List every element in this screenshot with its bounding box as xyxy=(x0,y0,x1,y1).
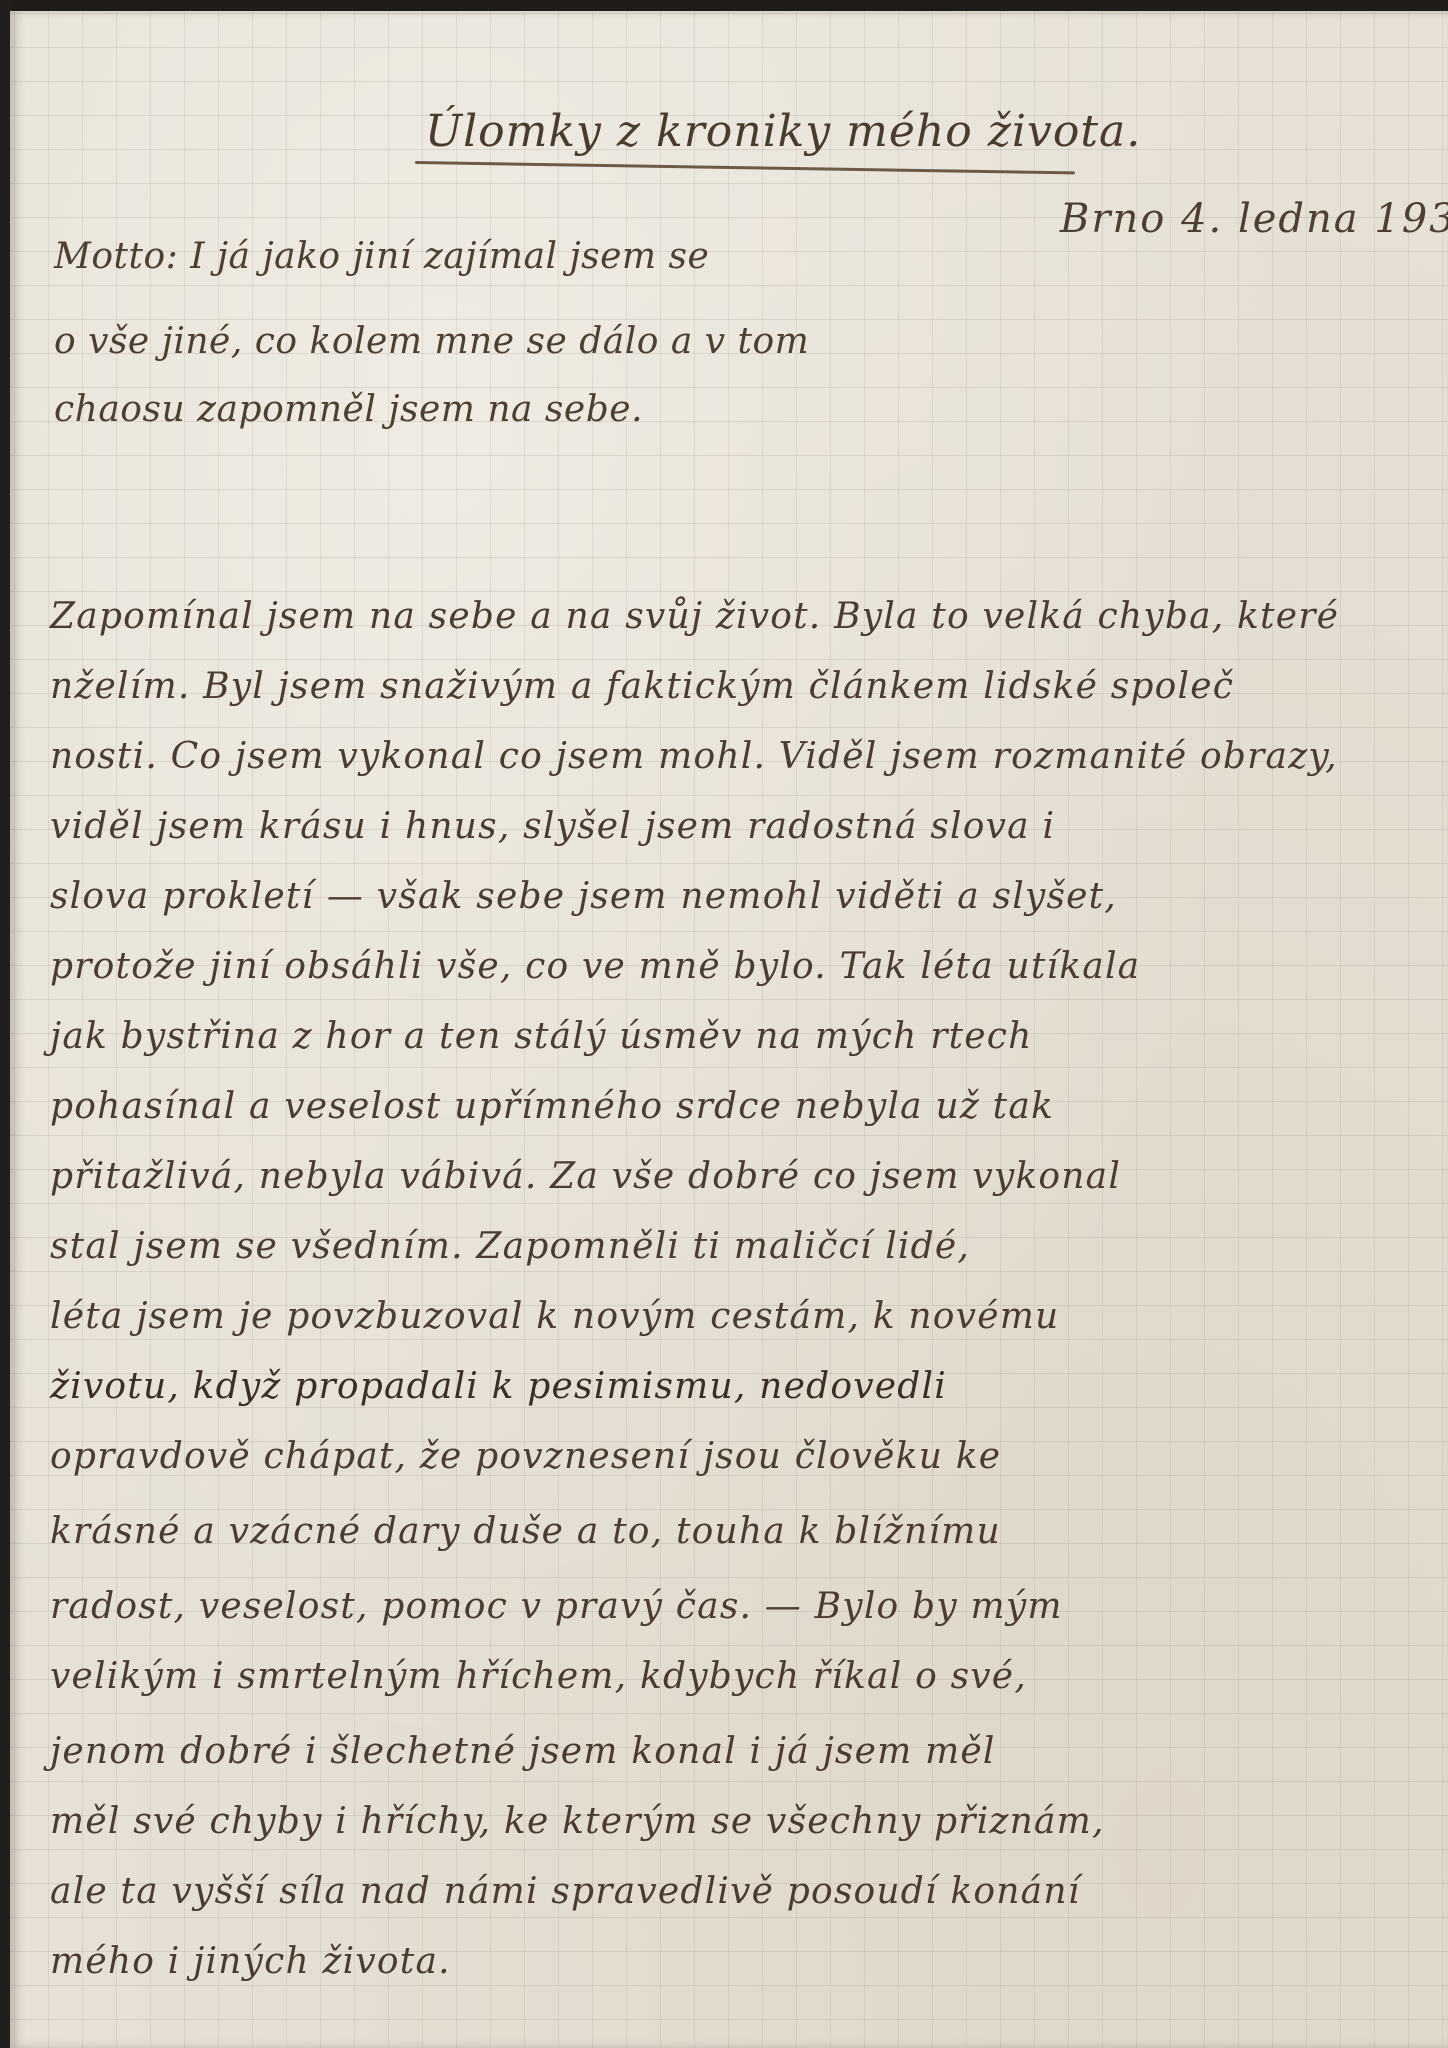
body-line: krásné a vzácné dary duše a to, touha k … xyxy=(50,1511,1001,1552)
body-line: protože jiní obsáhli vše, co ve mně bylo… xyxy=(50,946,1140,987)
body-line: měl své chyby i hříchy, ke kterým se vše… xyxy=(50,1801,1105,1842)
body-line: stal jsem se všedním. Zapomněli ti malič… xyxy=(50,1226,970,1267)
body-line: nželím. Byl jsem snaživým a faktickým čl… xyxy=(50,666,1234,707)
manuscript-page: Úlomky z kroniky mého života. Brno 4. le… xyxy=(10,11,1448,2048)
body-line: Zapomínal jsem na sebe a na svůj život. … xyxy=(50,596,1339,637)
body-line: přitažlivá, nebyla vábivá. Za vše dobré … xyxy=(50,1156,1121,1197)
body-line: jenom dobré i šlechetné jsem konal i já … xyxy=(50,1731,996,1772)
body-line: ale ta vyšší síla nad námi spravedlivě p… xyxy=(50,1871,1080,1912)
body-line: léta jsem je povzbuzoval k novým cestám,… xyxy=(50,1296,1059,1337)
title-underline xyxy=(415,161,1075,174)
page-title: Úlomky z kroniky mého života. xyxy=(425,106,1141,157)
body-line: radost, veselost, pomoc v pravý čas. — B… xyxy=(50,1586,1063,1627)
body-line: jak bystřina z hor a ten stálý úsměv na … xyxy=(50,1016,1033,1057)
motto-line: chaosu zapomněl jsem na sebe. xyxy=(54,389,643,430)
body-line: nosti. Co jsem vykonal co jsem mohl. Vid… xyxy=(50,736,1338,777)
body-line: opravdově chápat, že povznesení jsou člo… xyxy=(50,1436,1001,1477)
body-line: mého i jiných života. xyxy=(50,1941,451,1982)
body-line: viděl jsem krásu i hnus, slyšel jsem rad… xyxy=(50,806,1055,847)
dateline: Brno 4. ledna 1936 xyxy=(1060,196,1448,242)
body-line: slova prokletí — však sebe jsem nemohl v… xyxy=(50,876,1117,917)
body-line: životu, když propadali k pesimismu, nedo… xyxy=(50,1366,947,1407)
motto-line: Motto: I já jako jiní zajímal jsem se xyxy=(54,236,709,277)
scan-frame-left-edge xyxy=(0,0,10,2048)
body-line: pohasínal a veselost upřímného srdce neb… xyxy=(50,1086,1054,1127)
motto-line: o vše jiné, co kolem mne se dálo a v tom xyxy=(54,321,809,362)
body-line: velikým i smrtelným hříchem, kdybych řík… xyxy=(50,1656,1027,1697)
